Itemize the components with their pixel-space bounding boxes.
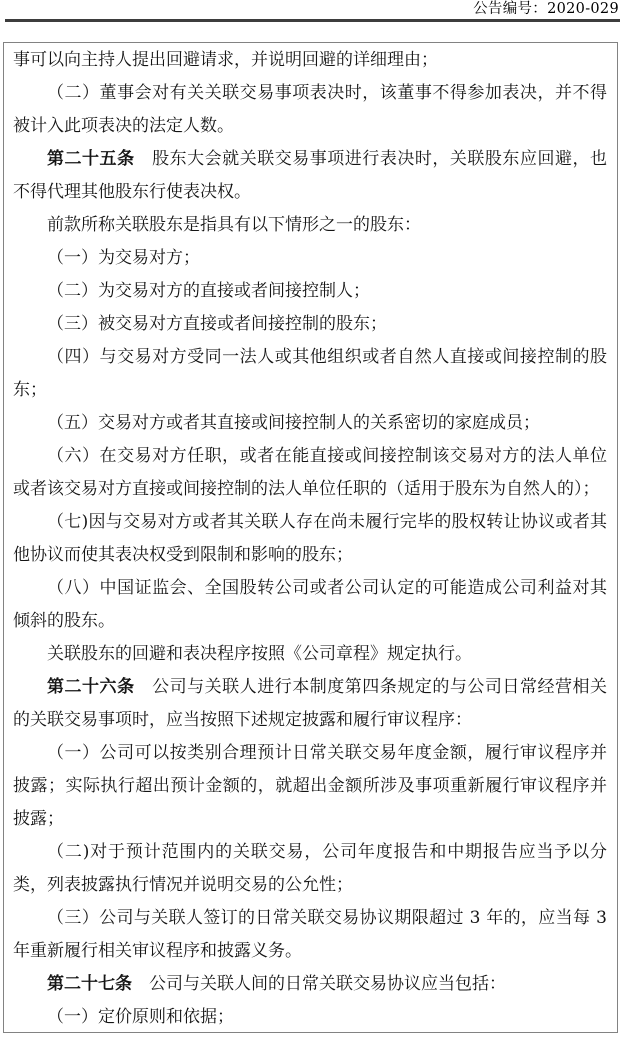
paragraph: （六）在交易对方任职，或者在能直接或间接控制该交易对方的法人单位或者该交易对方直… [13, 440, 607, 506]
article-paragraph: 第二十五条 股东大会就关联交易事项进行表决时，关联股东应回避，也不得代理其他股东… [13, 143, 607, 209]
notice-number: 公告编号：2020-029 [473, 0, 619, 19]
paragraph: （一）定价原则和依据； [13, 1001, 607, 1033]
article-paragraph: 第二十七条 公司与关联人间的日常关联交易协议应当包括： [13, 968, 607, 1001]
paragraph: （二）董事会对有关关联交易事项表决时，该董事不得参加表决，并不得被计入此项表决的… [13, 77, 607, 143]
paragraph: （三）公司与关联人签订的日常关联交易协议期限超过 3 年的，应当每 3 年重新履… [13, 902, 607, 968]
paragraph: 前款所称关联股东是指具有以下情形之一的股东： [13, 209, 607, 242]
paragraph: 关联股东的回避和表决程序按照《公司章程》规定执行。 [13, 638, 607, 671]
paragraph: （八）中国证监会、全国股转公司或者公司认定的可能造成公司利益对其倾斜的股东。 [13, 572, 607, 638]
document-body: 事可以向主持人提出回避请求，并说明回避的详细理由；（二）董事会对有关关联交易事项… [3, 42, 618, 1033]
paragraph: （一）为交易对方； [13, 242, 607, 275]
article-paragraph: 第二十六条 公司与关联人进行本制度第四条规定的与公司日常经营相关的关联交易事项时… [13, 671, 607, 737]
paragraph: （五）交易对方或者其直接或间接控制人的关系密切的家庭成员； [13, 407, 607, 440]
document-page: { "page": { "notice_label": "公告编号：2020-0… [0, 0, 626, 1037]
paragraph: （一）公司可以按类别合理预计日常关联交易年度金额，履行审议程序并披露；实际执行超… [13, 737, 607, 836]
article-number: 第二十六条 [47, 677, 135, 697]
paragraph: （三）被交易对方直接或者间接控制的股东； [13, 308, 607, 341]
paragraph: （二）为交易对方的直接或者间接控制人； [13, 275, 607, 308]
article-number: 第二十五条 [47, 149, 135, 169]
paragraph: （四）与交易对方受同一法人或其他组织或者自然人直接或间接控制的股东； [13, 341, 607, 407]
header-divider [5, 19, 620, 22]
article-number: 第二十七条 [47, 974, 132, 994]
paragraph: 事可以向主持人提出回避请求，并说明回避的详细理由； [13, 44, 607, 77]
paragraph: （七)因与交易对方或者其关联人存在尚未履行完毕的股权转让协议或者其他协议而使其表… [13, 506, 607, 572]
paragraph: （二)对于预计范围内的关联交易，公司年度报告和中期报告应当予以分类，列表披露执行… [13, 836, 607, 902]
